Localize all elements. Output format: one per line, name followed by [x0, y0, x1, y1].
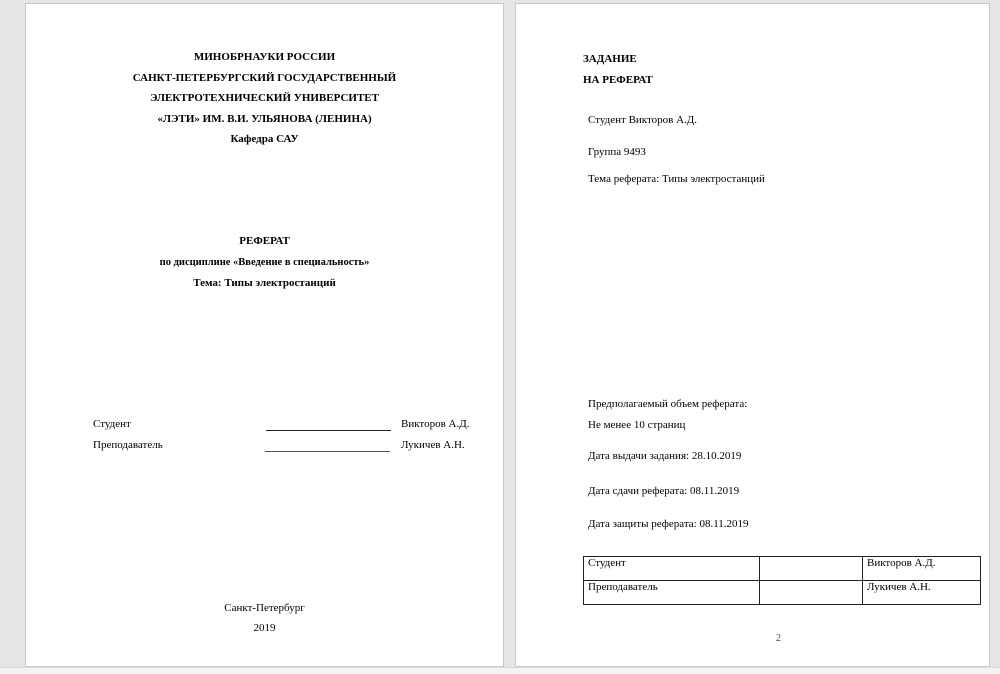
- document-page-2: ЗАДАНИЕ НА РЕФЕРАТ Студент Викторов А.Д.…: [515, 3, 990, 667]
- volume-value: Не менее 10 страниц: [588, 419, 685, 432]
- document-page-1: МИНОБРНАУКИ РОССИИ САНКТ-ПЕТЕРБУРГСКИЙ Г…: [25, 3, 504, 667]
- ministry-line: МИНОБРНАУКИ РОССИИ: [26, 51, 503, 64]
- topic-line: Тема реферата: Типы электростанций: [588, 173, 765, 186]
- discipline-line: по дисциплине «Введение в специальность»: [26, 256, 503, 269]
- table-row: Студент Викторов А.Д.: [584, 557, 981, 581]
- submit-date: Дата сдачи реферата: 08.11.2019: [588, 485, 739, 498]
- student-line: Студент Викторов А.Д.: [588, 114, 697, 127]
- signature-cell: [760, 557, 863, 581]
- department-line: Кафедра САУ: [26, 133, 503, 146]
- table-row: Преподаватель Лукичев А.Н.: [584, 581, 981, 605]
- student-name: Викторов А.Д.: [401, 418, 469, 431]
- page-number: 2: [776, 633, 781, 644]
- student-signature-line: [266, 430, 391, 431]
- group-line: Группа 9493: [588, 146, 646, 159]
- city-line: Санкт-Петербург: [26, 602, 503, 615]
- signature-cell: [760, 581, 863, 605]
- teacher-label: Преподаватель: [93, 439, 163, 452]
- volume-label: Предполагаемый объем реферата:: [588, 398, 747, 411]
- role-cell: Студент: [584, 557, 760, 581]
- status-bar: [0, 667, 1000, 674]
- defense-date: Дата защиты реферата: 08.11.2019: [588, 518, 749, 531]
- issue-date: Дата выдачи задания: 28.10.2019: [588, 450, 741, 463]
- assignment-heading-1: ЗАДАНИЕ: [583, 53, 637, 66]
- document-title: РЕФЕРАТ: [26, 235, 503, 248]
- teacher-signature-line: [265, 451, 390, 452]
- year-line: 2019: [26, 622, 503, 635]
- name-cell: Лукичев А.Н.: [863, 581, 981, 605]
- role-cell: Преподаватель: [584, 581, 760, 605]
- university-line-1: САНКТ-ПЕТЕРБУРГСКИЙ ГОСУДАРСТВЕННЫЙ: [26, 72, 503, 85]
- topic-line: Тема: Типы электростанций: [26, 277, 503, 290]
- university-line-2: ЭЛЕКТРОТЕХНИЧЕСКИЙ УНИВЕРСИТЕТ: [26, 92, 503, 105]
- signature-table: Студент Викторов А.Д. Преподаватель Луки…: [583, 556, 981, 605]
- assignment-heading-2: НА РЕФЕРАТ: [583, 74, 653, 87]
- student-label: Студент: [93, 418, 131, 431]
- teacher-name: Лукичев А.Н.: [401, 439, 465, 452]
- name-cell: Викторов А.Д.: [863, 557, 981, 581]
- university-line-3: «ЛЭТИ» ИМ. В.И. УЛЬЯНОВА (ЛЕНИНА): [26, 113, 503, 126]
